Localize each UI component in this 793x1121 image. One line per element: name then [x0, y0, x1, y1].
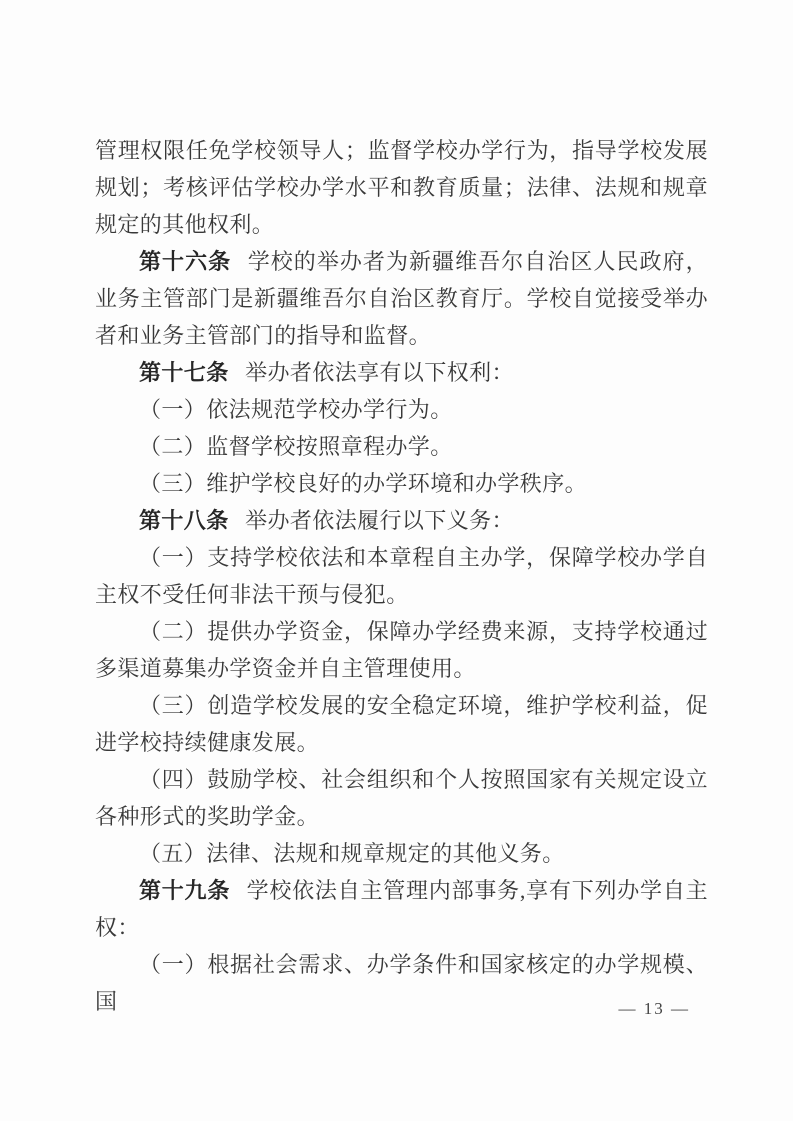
document-body: 管理权限任免学校领导人；监督学校办学行为，指导学校发展规划；考核评估学校办学水平…: [95, 132, 708, 1020]
paragraph-text: （一）依法规范学校办学行为。: [139, 397, 453, 422]
paragraph-text: 管理权限任免学校领导人；监督学校办学行为，指导学校发展规划；考核评估学校办学水平…: [95, 138, 708, 237]
article-paragraph: 第十九条学校依法自主管理内部事务,享有下列办学自主权：: [95, 872, 708, 946]
paragraph: （一）依法规范学校办学行为。: [95, 391, 708, 428]
paragraph-text: （三）创造学校发展的安全稳定环境，维护学校利益，促进学校持续健康发展。: [95, 693, 708, 755]
article-number: 第十七条: [139, 360, 229, 385]
paragraph-text: （四）鼓励学校、社会组织和个人按照国家有关规定设立各种形式的奖助学金。: [95, 767, 708, 829]
document-page: 管理权限任免学校领导人；监督学校办学行为，指导学校发展规划；考核评估学校办学水平…: [0, 0, 793, 1121]
page-number: — 13 —: [619, 998, 691, 1020]
article-number: 第十九条: [139, 878, 230, 903]
paragraph-text: （二）监督学校按照章程办学。: [139, 434, 453, 459]
paragraph: （四）鼓励学校、社会组织和个人按照国家有关规定设立各种形式的奖助学金。: [95, 761, 708, 835]
article-number: 第十六条: [139, 249, 231, 274]
article-paragraph: 第十八条举办者依法履行以下义务：: [95, 502, 708, 539]
paragraph: （二）监督学校按照章程办学。: [95, 428, 708, 465]
paragraph: （五）法律、法规和规章规定的其他义务。: [95, 835, 708, 872]
paragraph: 管理权限任免学校领导人；监督学校办学行为，指导学校发展规划；考核评估学校办学水平…: [95, 132, 708, 243]
article-paragraph: 第十六条学校的举办者为新疆维吾尔自治区人民政府，业务主管部门是新疆维吾尔自治区教…: [95, 243, 708, 354]
paragraph-text: （五）法律、法规和规章规定的其他义务。: [139, 841, 565, 866]
paragraph: （三）创造学校发展的安全稳定环境，维护学校利益，促进学校持续健康发展。: [95, 687, 708, 761]
article-paragraph: 第十七条举办者依法享有以下权利：: [95, 354, 708, 391]
paragraph-text: （一）支持学校依法和本章程自主办学，保障学校办学自主权不受任何非法干预与侵犯。: [95, 545, 708, 607]
paragraph-text: 举办者依法享有以下权利：: [245, 360, 514, 385]
paragraph: （一）支持学校依法和本章程自主办学，保障学校办学自主权不受任何非法干预与侵犯。: [95, 539, 708, 613]
paragraph-text: （三）维护学校良好的办学环境和办学秩序。: [139, 471, 587, 496]
paragraph: （二）提供办学资金，保障办学经费来源，支持学校通过多渠道募集办学资金并自主管理使…: [95, 613, 708, 687]
paragraph-text: （二）提供办学资金，保障办学经费来源，支持学校通过多渠道募集办学资金并自主管理使…: [95, 619, 708, 681]
article-number: 第十八条: [139, 508, 229, 533]
paragraph-text: （一）根据社会需求、办学条件和国家核定的办学规模、国: [95, 952, 708, 1014]
paragraph: （三）维护学校良好的办学环境和办学秩序。: [95, 465, 708, 502]
paragraph: （一）根据社会需求、办学条件和国家核定的办学规模、国: [95, 946, 708, 1020]
paragraph-text: 举办者依法履行以下义务：: [245, 508, 514, 533]
